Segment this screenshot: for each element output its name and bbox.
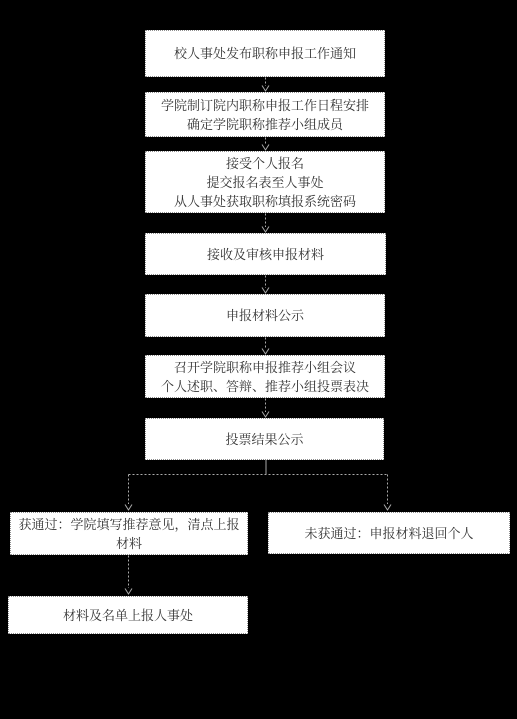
flow-node-notice: 校人事处发布职称申报工作通知 xyxy=(145,30,385,77)
node-label: 获通过：学院填写推荐意见，清点上报材料 xyxy=(15,515,243,553)
node-label: 校人事处发布职称申报工作通知 xyxy=(150,44,380,63)
flow-node-material-publicity: 申报材料公示 xyxy=(145,294,385,337)
node-label: 个人述职、答辩、推荐小组投票表决 xyxy=(150,377,380,396)
flow-node-receive-review: 接收及审核申报材料 xyxy=(145,233,386,275)
node-label: 未获通过：申报材料退回个人 xyxy=(273,524,505,543)
arrowhead-icon xyxy=(262,412,269,418)
arrowhead-icon xyxy=(125,505,132,511)
arrowhead-icon xyxy=(384,505,391,511)
flow-node-signup: 接受个人报名 提交报名表至人事处 从人事处获取职称填报系统密码 xyxy=(145,151,385,213)
node-label: 学院制订院内职称申报工作日程安排 xyxy=(150,96,380,115)
arrowhead-icon xyxy=(262,349,269,355)
flow-node-not-passed: 未获通过：申报材料退回个人 xyxy=(268,512,510,554)
node-label: 接收及审核申报材料 xyxy=(150,245,381,264)
arrowhead-icon xyxy=(262,86,269,92)
arrowhead-icon xyxy=(262,227,269,233)
node-label: 材料及名单上报人事处 xyxy=(13,606,243,625)
node-label: 投票结果公示 xyxy=(150,430,379,449)
node-label: 召开学院职称申报推荐小组会议 xyxy=(150,358,380,377)
flow-node-schedule: 学院制订院内职称申报工作日程安排 确定学院职称推荐小组成员 xyxy=(145,92,385,137)
flow-node-vote-publicity: 投票结果公示 xyxy=(145,418,384,460)
arrowhead-icon xyxy=(125,589,132,595)
flowchart-canvas: 校人事处发布职称申报工作通知 学院制订院内职称申报工作日程安排 确定学院职称推荐… xyxy=(0,0,517,719)
node-label: 确定学院职称推荐小组成员 xyxy=(150,115,380,134)
arrowhead-icon xyxy=(262,288,269,294)
flow-node-submit-hr: 材料及名单上报人事处 xyxy=(8,596,248,634)
node-label: 接受个人报名 xyxy=(150,154,380,173)
node-label: 申报材料公示 xyxy=(150,306,380,325)
node-label: 提交报名表至人事处 xyxy=(150,173,380,192)
flow-node-group-meeting: 召开学院职称申报推荐小组会议 个人述职、答辩、推荐小组投票表决 xyxy=(145,355,385,398)
arrowhead-icon xyxy=(262,145,269,151)
flow-node-passed: 获通过：学院填写推荐意见，清点上报材料 xyxy=(10,512,248,555)
node-label: 从人事处获取职称填报系统密码 xyxy=(150,192,380,211)
